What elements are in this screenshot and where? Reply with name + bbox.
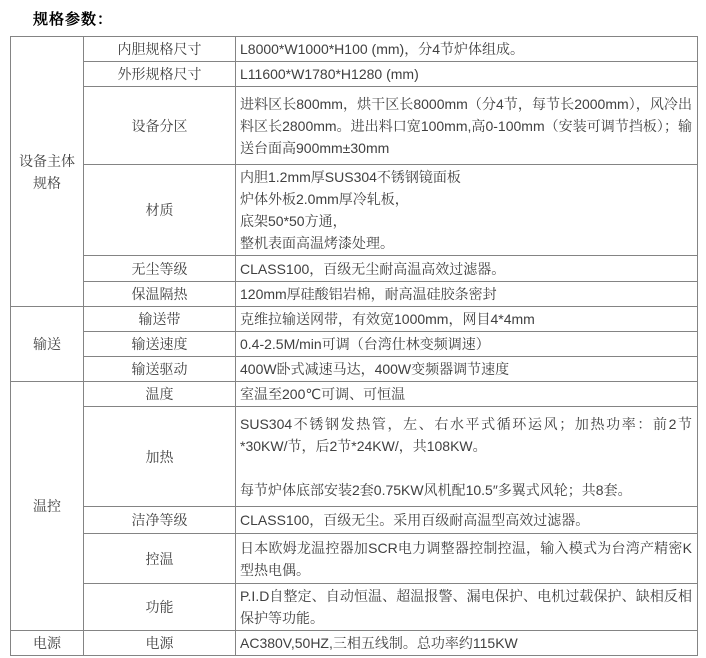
spec-value: AC380V,50HZ,三相五线制。总功率约115KW: [236, 631, 698, 656]
spec-item-label: 温度: [84, 382, 236, 407]
spec-row: 外形规格尺寸 L11600*W1780*H1280 (mm): [11, 62, 698, 87]
rowgroup-conveying: 输送: [11, 307, 84, 382]
spec-item-label: 输送速度: [84, 332, 236, 357]
spec-value: CLASS100，百级无尘耐高温高效过滤器。: [236, 256, 698, 282]
spec-table: 设备主体规格 内胆规格尺寸 L8000*W1000*H100 (mm)，分4节炉…: [10, 36, 698, 656]
spec-item-label: 材质: [84, 165, 236, 256]
spec-row: 输送 输送带 克维拉输送网带，有效宽1000mm，网目4*4mm: [11, 307, 698, 332]
spec-row: 电源 电源 AC380V,50HZ,三相五线制。总功率约115KW: [11, 631, 698, 656]
spec-value: 室温至200℃可调、可恒温: [236, 382, 698, 407]
spec-value: CLASS100，百级无尘。采用百级耐高温型高效过滤器。: [236, 507, 698, 534]
spec-item-label: 设备分区: [84, 87, 236, 165]
spec-value: L11600*W1780*H1280 (mm): [236, 62, 698, 87]
spec-value: 120mm厚硅酸铝岩棉，耐高温硅胶条密封: [236, 282, 698, 307]
spec-row: 保温隔热 120mm厚硅酸铝岩棉，耐高温硅胶条密封: [11, 282, 698, 307]
spec-item-label: 控温: [84, 534, 236, 584]
spec-row: 无尘等级 CLASS100，百级无尘耐高温高效过滤器。: [11, 256, 698, 282]
spec-item-label: 加热: [84, 407, 236, 507]
spec-value: 0.4-2.5M/min可调（台湾仕林变频调速）: [236, 332, 698, 357]
spec-value: 400W卧式减速马达，400W变频器调节速度: [236, 357, 698, 382]
spec-item-label: 输送带: [84, 307, 236, 332]
spec-value: 内胆1.2mm厚SUS304不锈钢镜面板 炉体外板2.0mm厚冷轧板， 底架50…: [236, 165, 698, 256]
spec-row: 材质 内胆1.2mm厚SUS304不锈钢镜面板 炉体外板2.0mm厚冷轧板， 底…: [11, 165, 698, 256]
spec-item-label: 内胆规格尺寸: [84, 37, 236, 62]
rowgroup-power: 电源: [11, 631, 84, 656]
spec-value: 进料区长800mm，烘干区长8000mm（分4节，每节长2000mm），风冷出料…: [236, 87, 698, 165]
spec-value: L8000*W1000*H100 (mm)，分4节炉体组成。: [236, 37, 698, 62]
spec-item-label: 外形规格尺寸: [84, 62, 236, 87]
spec-row: 温控 温度 室温至200℃可调、可恒温: [11, 382, 698, 407]
spec-item-label: 电源: [84, 631, 236, 656]
spec-row: 输送速度 0.4-2.5M/min可调（台湾仕林变频调速）: [11, 332, 698, 357]
spec-row: 控温 日本欧姆龙温控器加SCR电力调整器控制控温，输入模式为台湾产精密K型热电偶…: [11, 534, 698, 584]
spec-value: 克维拉输送网带，有效宽1000mm，网目4*4mm: [236, 307, 698, 332]
spec-row: 加热 SUS304不锈钢发热管，左、右水平式循环运风；加热功率：前2节*30KW…: [11, 407, 698, 507]
spec-row: 输送驱动 400W卧式减速马达，400W变频器调节速度: [11, 357, 698, 382]
spec-value: SUS304不锈钢发热管，左、右水平式循环运风；加热功率：前2节*30KW/节，…: [236, 407, 698, 507]
spec-row: 功能 P.I.D自整定、自动恒温、超温报警、漏电保护、电机过载保护、缺相反相保护…: [11, 584, 698, 631]
spec-item-label: 功能: [84, 584, 236, 631]
page-title: 规格参数：: [33, 8, 706, 29]
rowgroup-main-body-spec: 设备主体规格: [11, 37, 84, 307]
spec-item-label: 无尘等级: [84, 256, 236, 282]
spec-item-label: 输送驱动: [84, 357, 236, 382]
spec-item-label: 保温隔热: [84, 282, 236, 307]
page: 规格参数： 设备主体规格 内胆规格尺寸 L8000*W1000*H100 (mm…: [0, 0, 706, 658]
rowgroup-temperature-control: 温控: [11, 382, 84, 631]
spec-row: 洁净等级 CLASS100，百级无尘。采用百级耐高温型高效过滤器。: [11, 507, 698, 534]
spec-row: 设备主体规格 内胆规格尺寸 L8000*W1000*H100 (mm)，分4节炉…: [11, 37, 698, 62]
spec-value: P.I.D自整定、自动恒温、超温报警、漏电保护、电机过载保护、缺相反相保护等功能…: [236, 584, 698, 631]
spec-row: 设备分区 进料区长800mm，烘干区长8000mm（分4节，每节长2000mm）…: [11, 87, 698, 165]
spec-value: 日本欧姆龙温控器加SCR电力调整器控制控温，输入模式为台湾产精密K型热电偶。: [236, 534, 698, 584]
spec-item-label: 洁净等级: [84, 507, 236, 534]
